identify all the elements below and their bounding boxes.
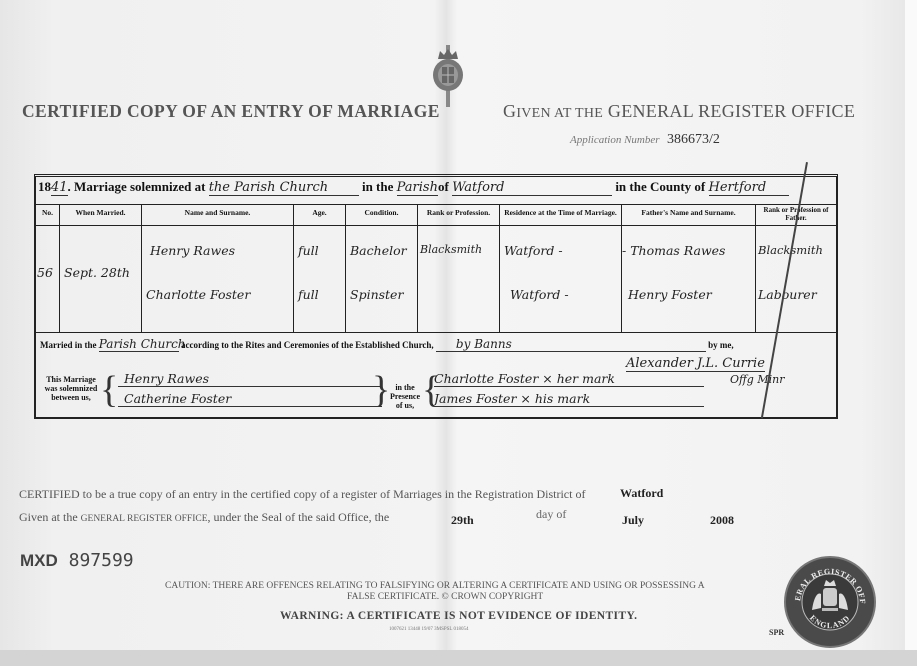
issue-year: 2008 xyxy=(710,513,734,528)
left-brace: { xyxy=(100,371,118,409)
column-header: No. xyxy=(36,205,59,226)
column-when-married: When Married. Sept. 28th xyxy=(60,205,142,332)
general-register-office-seal-icon: GENERAL REGISTER OFFICE ENGLAND xyxy=(784,556,876,648)
office-title-initial: G xyxy=(503,101,516,121)
column-header: Father's Name and Surname. xyxy=(622,205,755,226)
certification-line-1: CERTIFIED to be a true copy of an entry … xyxy=(19,487,585,502)
groom-condition: Bachelor xyxy=(350,243,407,258)
bride-father-name: Henry Foster xyxy=(628,287,712,302)
year-printed: 18 xyxy=(38,179,51,194)
column-no: No. 56 xyxy=(36,205,60,332)
certification-line-2: Given at the General Register Office, un… xyxy=(19,510,389,525)
issuing-office-title: GIVEN AT THE GENERAL REGISTER OFFICE xyxy=(503,101,855,122)
married-in-label: Married in the xyxy=(40,340,97,350)
bride-age: full xyxy=(298,287,319,302)
caution-line-1: CAUTION: THERE ARE OFFENCES RELATING TO … xyxy=(165,581,705,591)
bride-name: Charlotte Foster xyxy=(146,287,250,302)
solemnized-at-value: the Parish Church xyxy=(209,180,359,196)
bride-father-rank: Labourer xyxy=(758,287,817,302)
place-value: Watford xyxy=(452,180,612,196)
married-in-value: Parish Church xyxy=(99,337,179,352)
married-in-line: Married in the Parish Church according t… xyxy=(40,337,734,352)
cert-line2-seal: , under the Seal of the said Office, the xyxy=(208,510,390,524)
office-title-small-caps: IVEN AT THE xyxy=(516,106,603,121)
column-condition: Condition. Bachelor Spinster xyxy=(346,205,418,332)
register-columns: No. 56 When Married. Sept. 28th Name and… xyxy=(36,204,836,333)
groom-age: full xyxy=(298,243,319,258)
in-the-label: in the xyxy=(362,179,393,194)
of-label: of xyxy=(438,179,449,194)
column-rank: Rank or Profession. Blacksmith xyxy=(418,205,500,332)
party-1-signature: Henry Rawes xyxy=(118,371,382,387)
column-father-name: Father's Name and Surname. - Thomas Rawe… xyxy=(622,205,756,332)
year-handwritten: 41 xyxy=(51,180,68,196)
caution-line-2: FALSE CERTIFICATE. © CROWN COPYRIGHT xyxy=(347,592,543,602)
issue-day: 29th xyxy=(451,513,474,528)
application-number: 386673/2 xyxy=(667,132,720,148)
groom-father-name: - Thomas Rawes xyxy=(622,243,725,258)
groom-name: Henry Rawes xyxy=(150,243,235,258)
solemnized-between-label: This Marriage was solemnized between us, xyxy=(40,375,102,402)
certificate-serial: MXD 897599 xyxy=(20,550,134,571)
cert-line2-text: Given at the xyxy=(19,510,81,524)
presence-label: in the Presence of us, xyxy=(386,383,424,410)
column-header: Age. xyxy=(294,205,345,226)
column-header: Rank or Profession. xyxy=(418,205,499,226)
column-age: Age. full full xyxy=(294,205,346,332)
county-label: in the County of xyxy=(615,179,705,194)
column-header: Name and Surname. xyxy=(142,205,293,226)
serial-number: 897599 xyxy=(69,550,134,571)
certificate-title: CERTIFIED COPY OF AN ENTRY OF MARRIAGE xyxy=(22,101,440,122)
marriage-register-entry: 1841. Marriage solemnized at the Parish … xyxy=(34,174,838,419)
bride-condition: Spinster xyxy=(350,287,403,302)
column-header: Condition. xyxy=(346,205,417,226)
seal-code: SPR xyxy=(769,628,784,637)
certificate-page: CERTIFIED COPY OF AN ENTRY OF MARRIAGE G… xyxy=(0,0,905,650)
column-header: Residence at the Time of Marriage. xyxy=(500,205,621,226)
cert-line2-office: General Register Office xyxy=(81,514,208,524)
identity-warning: WARNING: A CERTIFICATE IS NOT EVIDENCE O… xyxy=(280,610,637,622)
registration-district: Watford xyxy=(620,486,663,501)
application-number-label: Application Number xyxy=(570,134,660,146)
rites-label: according to the Rites and Ceremonies of… xyxy=(181,340,434,350)
county-value: Hertford xyxy=(709,180,789,196)
party-2-signature: Catherine Foster xyxy=(118,391,382,407)
serial-prefix: MXD xyxy=(20,551,58,570)
witness-1-signature: Charlotte Foster × her mark xyxy=(434,371,704,387)
column-name: Name and Surname. Henry Rawes Charlotte … xyxy=(142,205,294,332)
officiant-title: Offg Minr xyxy=(730,373,784,386)
groom-residence: Watford - xyxy=(504,243,563,258)
page-edge xyxy=(905,0,917,666)
royal-crest-icon xyxy=(430,45,466,107)
day-of-label: day of xyxy=(536,507,566,522)
solemnization-section: Married in the Parish Church according t… xyxy=(36,331,836,415)
solemnized-label: . Marriage solemnized at xyxy=(68,179,206,194)
issue-month: July xyxy=(622,513,644,528)
page-bottom-shadow xyxy=(0,650,917,666)
by-me-label: by me, xyxy=(708,340,734,350)
register-heading: 1841. Marriage solemnized at the Parish … xyxy=(38,179,789,196)
by-method-value: by Banns xyxy=(436,337,706,352)
entry-number: 56 xyxy=(37,265,53,280)
district-type-value: Parish xyxy=(397,180,438,196)
witness-2-signature: James Foster × his mark xyxy=(434,391,704,407)
officiant-signature: Alexander J.L. Currie xyxy=(626,356,765,372)
entry-date: Sept. 28th xyxy=(64,265,130,280)
column-residence: Residence at the Time of Marriage. Watfo… xyxy=(500,205,622,332)
print-codes: 1007621 13448 19/07 3MSPSL 018054 xyxy=(389,627,469,632)
bride-residence: Watford - xyxy=(510,287,569,302)
office-title-main: GENERAL REGISTER OFFICE xyxy=(608,101,855,121)
groom-rank: Blacksmith xyxy=(420,243,482,256)
column-header: When Married. xyxy=(60,205,141,226)
